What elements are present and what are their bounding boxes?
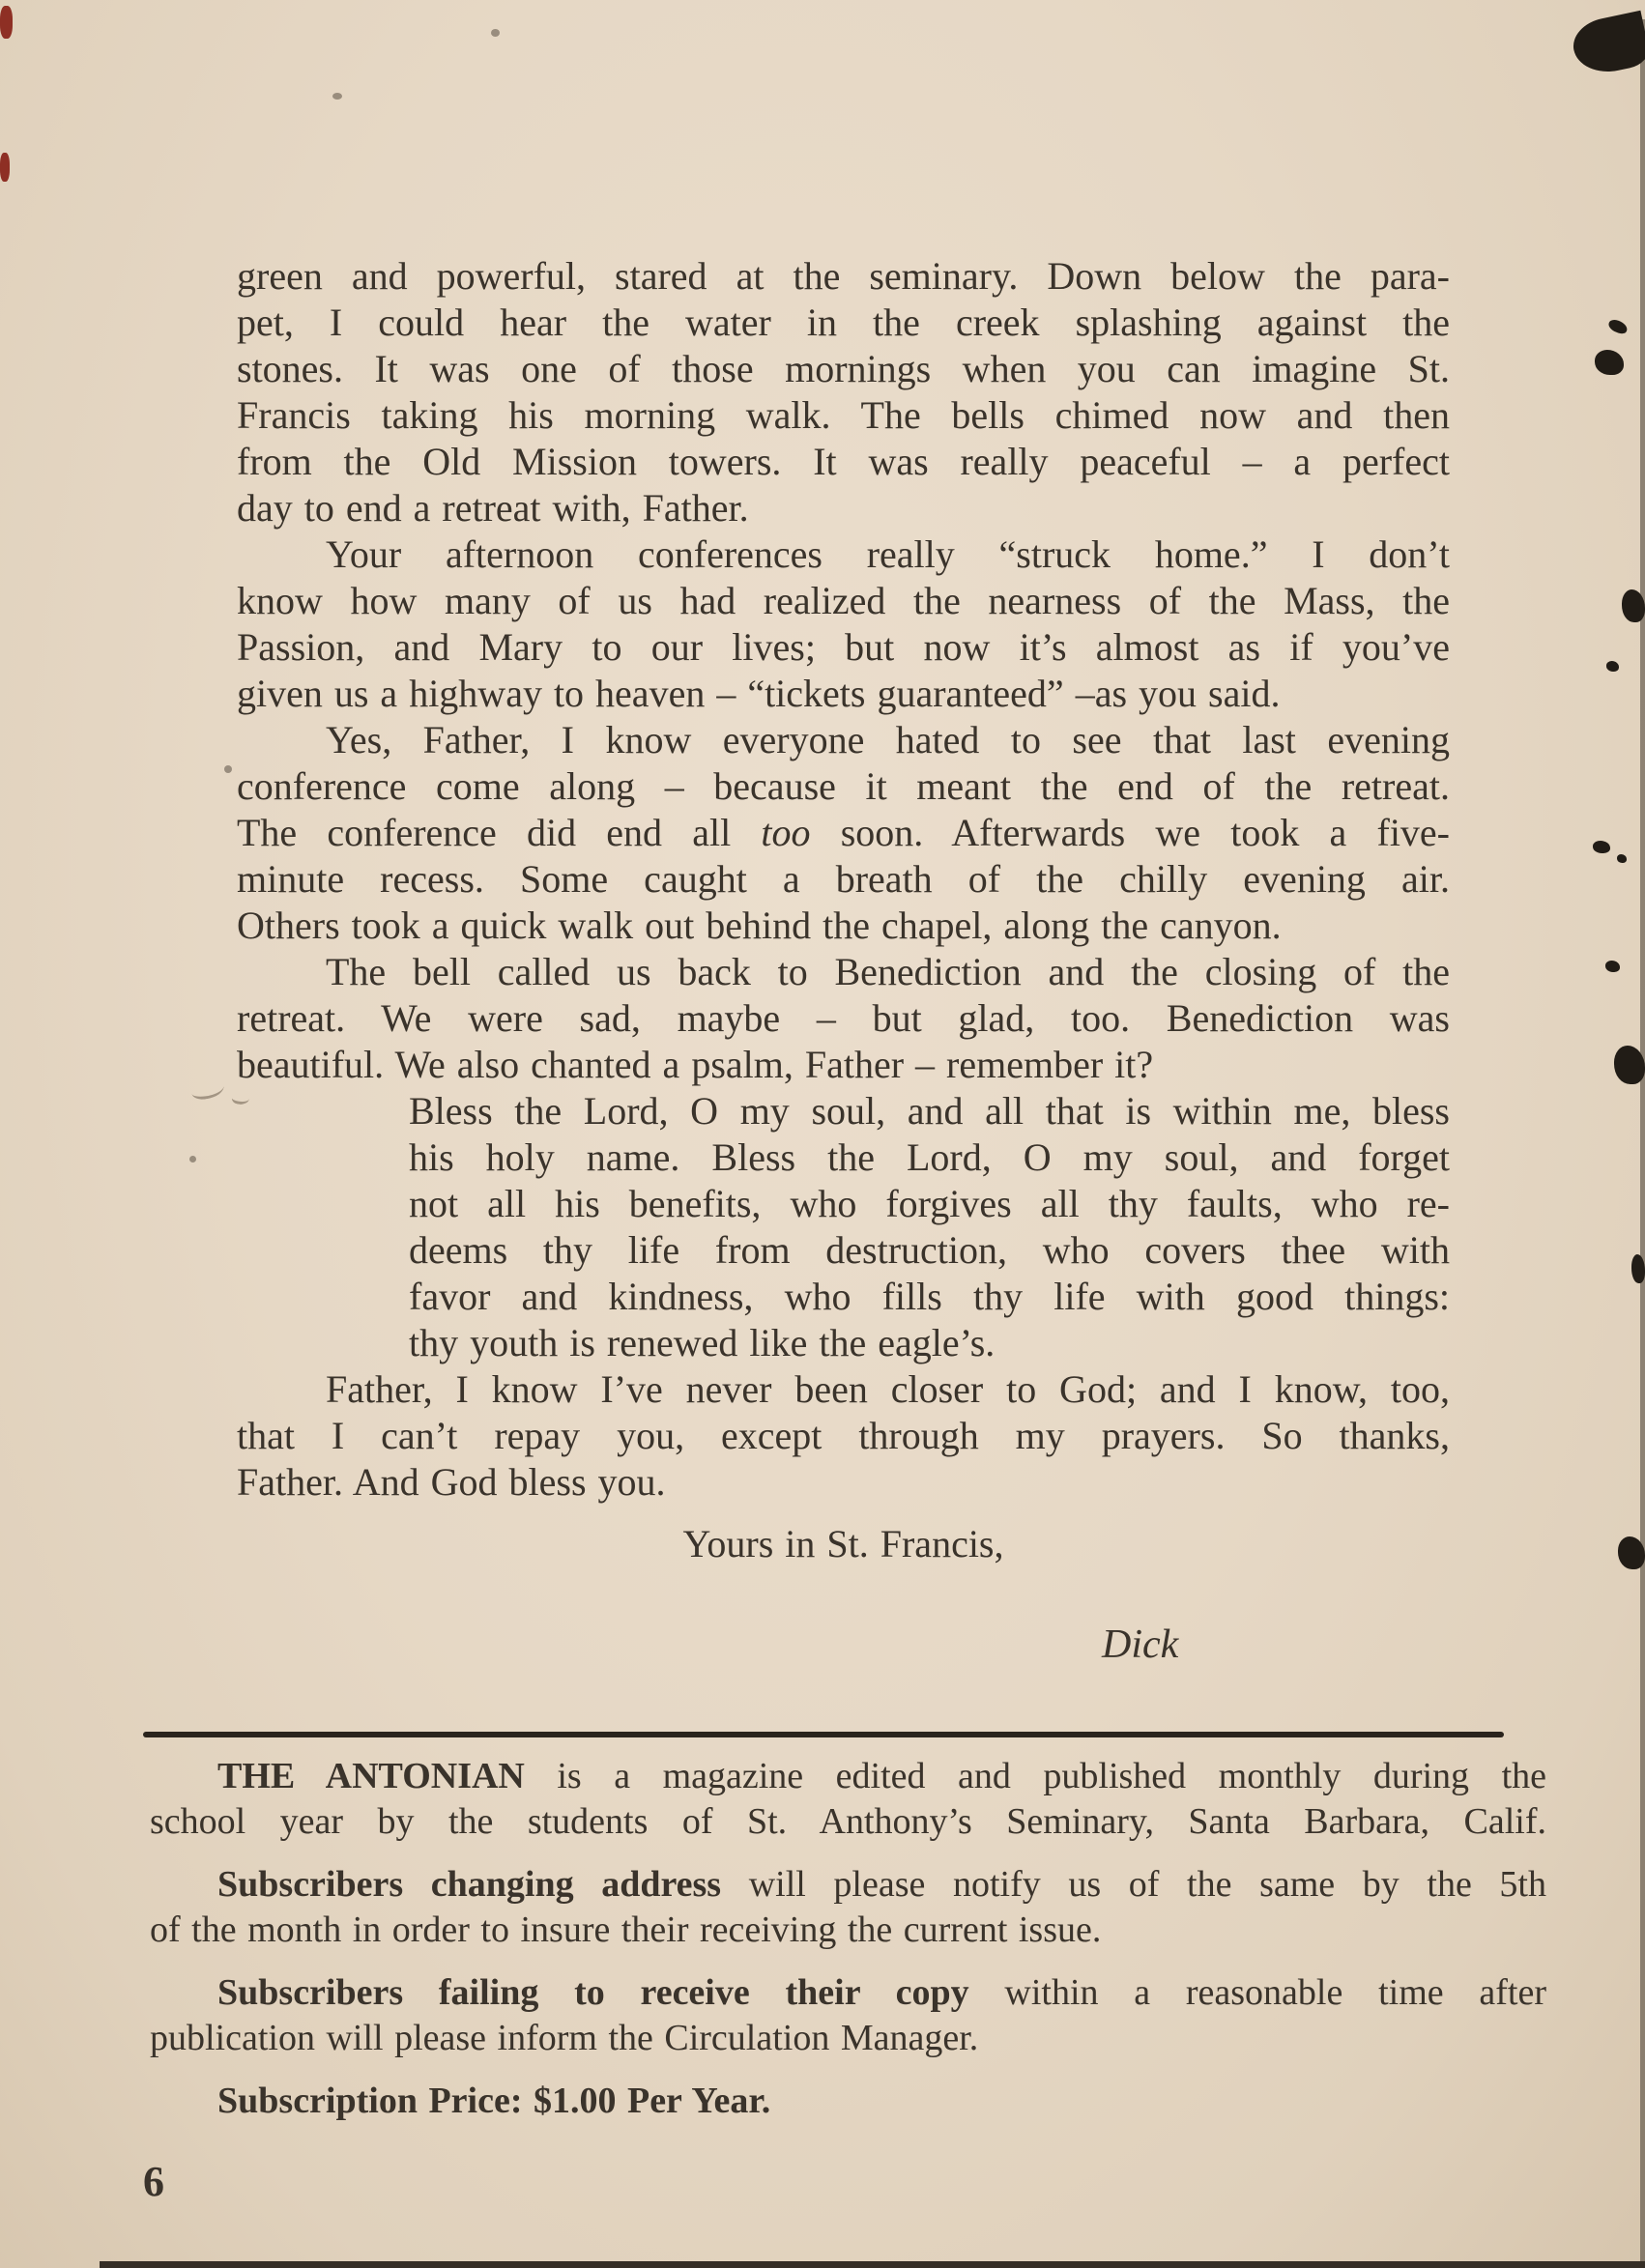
footer: THE ANTONIAN is a magazine edited and pu…: [150, 1754, 1546, 2141]
text-line: Father, I know I’ve never been closer to…: [237, 1366, 1450, 1413]
paper-speck: [332, 93, 342, 100]
text-line: deems thy life from destruction, who cov…: [409, 1227, 1450, 1274]
text-line: stones. It was one of those mornings whe…: [237, 346, 1450, 392]
text-line: THE ANTONIAN is a magazine edited and pu…: [150, 1754, 1546, 1799]
text-line: Bless the Lord, O my soul, and all that …: [409, 1088, 1450, 1134]
text-line: given us a highway to heaven – “tickets …: [237, 671, 1450, 717]
text-line: from the Old Mission towers. It was real…: [237, 439, 1450, 485]
letter-paragraph: Father, I know I’ve never been closer to…: [237, 1366, 1450, 1506]
text-line: Subscription Price: $1.00 Per Year.: [150, 2079, 1546, 2124]
psalm-block: Bless the Lord, O my soul, and all that …: [409, 1088, 1450, 1366]
text-line: day to end a retreat with, Father.: [237, 485, 1450, 531]
text-line: thy youth is renewed like the eagle’s.: [409, 1320, 1450, 1366]
paper-speck: [189, 1156, 196, 1163]
scan-artifact: [1605, 961, 1620, 972]
letter-blocks: green and powerful, stared at the semina…: [237, 253, 1450, 1506]
text-line: Subscribers failing to receive their cop…: [150, 1970, 1546, 2016]
text-line: minute recess. Some caught a breath of t…: [237, 856, 1450, 903]
scan-artifact: [1607, 318, 1630, 335]
text-line: Francis taking his morning walk. The bel…: [237, 392, 1450, 439]
scan-artifact: [1593, 841, 1610, 853]
footer-notice: Subscription Price: $1.00 Per Year.: [150, 2079, 1546, 2124]
text-line: The bell called us back to Benediction a…: [237, 949, 1450, 995]
text-line: Subscribers changing address will please…: [150, 1862, 1546, 1908]
signature: Dick: [237, 1622, 1450, 1668]
scan-edge-shadow: [100, 2261, 1645, 2268]
text-line: pet, I could hear the water in the creek…: [237, 300, 1450, 346]
scan-artifact: [1606, 661, 1619, 672]
text-line: Others took a quick walk out behind the …: [237, 903, 1450, 949]
page-number: 6: [143, 2157, 164, 2206]
text-line: school year by the students of St. Antho…: [150, 1799, 1546, 1845]
text-line: Your afternoon conferences really “struc…: [237, 531, 1450, 578]
scan-edge-shadow: [1640, 19, 1645, 2268]
red-mark: [0, 153, 10, 182]
paper-speck: [224, 765, 232, 773]
footer-notices: THE ANTONIAN is a magazine edited and pu…: [150, 1754, 1546, 2124]
text-line: his holy name. Bless the Lord, O my soul…: [409, 1134, 1450, 1181]
text-line: of the month in order to insure their re…: [150, 1908, 1546, 1953]
footer-notice: Subscribers failing to receive their cop…: [150, 1970, 1546, 2061]
text-line: that I can’t repay you, except through m…: [237, 1413, 1450, 1459]
pencil-mark: [190, 1078, 225, 1102]
red-mark: [0, 6, 13, 39]
letter-paragraph: Yes, Father, I know everyone hated to se…: [237, 717, 1450, 949]
divider-rule: [143, 1732, 1504, 1737]
scan-artifact: [1617, 854, 1627, 863]
text-line: The conference did end all too soon. Aft…: [237, 810, 1450, 856]
text-line: Yes, Father, I know everyone hated to se…: [237, 717, 1450, 763]
text-line: not all his benefits, who forgives all t…: [409, 1181, 1450, 1227]
page: green and powerful, stared at the semina…: [0, 0, 1645, 2268]
letter: green and powerful, stared at the semina…: [237, 253, 1450, 1668]
text-line: beautiful. We also chanted a psalm, Fath…: [237, 1042, 1450, 1088]
scan-artifact: [1569, 11, 1645, 79]
text-line: know how many of us had realized the nea…: [237, 578, 1450, 624]
text-line: green and powerful, stared at the semina…: [237, 253, 1450, 300]
letter-paragraph: green and powerful, stared at the semina…: [237, 253, 1450, 531]
paper-speck: [491, 29, 500, 37]
letter-paragraph: Your afternoon conferences really “struc…: [237, 531, 1450, 717]
footer-notice: THE ANTONIAN is a magazine edited and pu…: [150, 1754, 1546, 1845]
text-line: conference come along – because it meant…: [237, 763, 1450, 810]
text-line: Father. And God bless you.: [237, 1459, 1450, 1506]
signoff: Yours in St. Francis,: [237, 1521, 1450, 1567]
letter-paragraph: The bell called us back to Benediction a…: [237, 949, 1450, 1088]
scan-artifact: [1595, 350, 1624, 375]
text-line: favor and kindness, who fills thy life w…: [409, 1274, 1450, 1320]
text-line: retreat. We were sad, maybe – but glad, …: [237, 995, 1450, 1042]
text-line: Passion, and Mary to our lives; but now …: [237, 624, 1450, 671]
text-line: publication will please inform the Circu…: [150, 2016, 1546, 2061]
footer-notice: Subscribers changing address will please…: [150, 1862, 1546, 1953]
